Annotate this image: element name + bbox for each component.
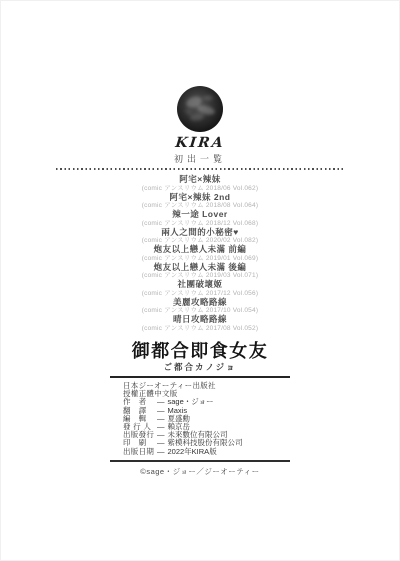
- publication-title: 美麗攻略路線: [0, 298, 400, 308]
- colophon-row: 出版日期—2022年KIRA版: [123, 448, 290, 456]
- publication-entry: 阿宅×辣妹 (comic アンスリウム 2018/06 Vol.062): [0, 175, 400, 193]
- publication-source: (comic アンスリウム 2018/08 Vol.064): [0, 202, 400, 209]
- publication-source: (comic アンスリウム 2019/03 Vol.071): [0, 272, 400, 279]
- brand-kira-script: KIRA: [0, 135, 400, 151]
- colophon: 日本ジーオーティー出版社 授權正體中文版 作 者—sage・ジョー 翻 譯—Ma…: [110, 378, 290, 458]
- publication-title: 辣一途 Lover: [0, 210, 400, 220]
- publication-entry: 晴日攻略路線 (comic アンスリウム 2017/08 Vol.052): [0, 315, 400, 333]
- publication-title: 炮友以上戀人未滿 後編: [0, 263, 400, 273]
- publication-source: (comic アンスリウム 2017/12 Vol.056): [0, 290, 400, 297]
- publication-title: 阿宅×辣妹: [0, 175, 400, 185]
- publication-entry: 炮友以上戀人未滿 前編 (comic アンスリウム 2019/01 Vol.06…: [0, 245, 400, 263]
- publication-source: (comic アンスリウム 2018/12 Vol.068): [0, 220, 400, 227]
- publication-entry: 社團破壞姬 (comic アンスリウム 2017/12 Vol.056): [0, 280, 400, 298]
- publication-entry: 美麗攻略路線 (comic アンスリウム 2017/10 Vol.054): [0, 298, 400, 316]
- colophon-row: 作 者—sage・ジョー: [123, 398, 290, 406]
- colophon-label: 出版日期: [123, 448, 157, 456]
- colophon-rows: 作 者—sage・ジョー 翻 譯—Maxis 編 輯—夏盛勳 發 行 人—賴京岳…: [123, 398, 290, 455]
- publication-title: 兩人之間的小秘密♥: [0, 228, 400, 238]
- publication-source: (comic アンスリウム 2017/10 Vol.054): [0, 307, 400, 314]
- publication-title: 炮友以上戀人未滿 前編: [0, 245, 400, 255]
- publication-source: (comic アンスリウム 2019/01 Vol.069): [0, 255, 400, 262]
- publication-entry: 辣一途 Lover (comic アンスリウム 2018/12 Vol.068): [0, 210, 400, 228]
- publication-title: 阿宅×辣妹 2nd: [0, 193, 400, 203]
- book-title: 御都合即食女友: [0, 342, 400, 361]
- publication-title: 社團破壞姬: [0, 280, 400, 290]
- kira-photo-circle-logo-icon: [177, 86, 223, 132]
- publication-source: (comic アンスリウム 2020/02 Vol.082): [0, 237, 400, 244]
- publication-entry: 阿宅×辣妹 2nd (comic アンスリウム 2018/08 Vol.064): [0, 193, 400, 211]
- colophon-row: 翻 譯—Maxis: [123, 407, 290, 415]
- publication-source: (comic アンスリウム 2017/08 Vol.052): [0, 325, 400, 332]
- copyright-line: ©sage・ジョー／ジーオーティー: [0, 467, 400, 476]
- colophon-separator: —: [157, 448, 165, 456]
- colophon-value: 2022年KIRA版: [168, 447, 217, 456]
- publication-entry: 兩人之間的小秘密♥ (comic アンスリウム 2020/02 Vol.082): [0, 228, 400, 246]
- publication-list: 阿宅×辣妹 (comic アンスリウム 2018/06 Vol.062) 阿宅×…: [0, 175, 400, 333]
- logo-wrap: [0, 86, 400, 132]
- dotted-divider: [56, 168, 344, 170]
- publication-source: (comic アンスリウム 2018/06 Vol.062): [0, 185, 400, 192]
- colophon-bottom-rule: [110, 460, 290, 462]
- book-subtitle: ご都合カノジョ: [0, 363, 400, 372]
- first-publication-heading: 初出一覧: [0, 154, 400, 165]
- publication-title: 晴日攻略路線: [0, 315, 400, 325]
- publication-entry: 炮友以上戀人未滿 後編 (comic アンスリウム 2019/03 Vol.07…: [0, 263, 400, 281]
- credits-page: KIRA 初出一覧 阿宅×辣妹 (comic アンスリウム 2018/06 Vo…: [0, 0, 400, 561]
